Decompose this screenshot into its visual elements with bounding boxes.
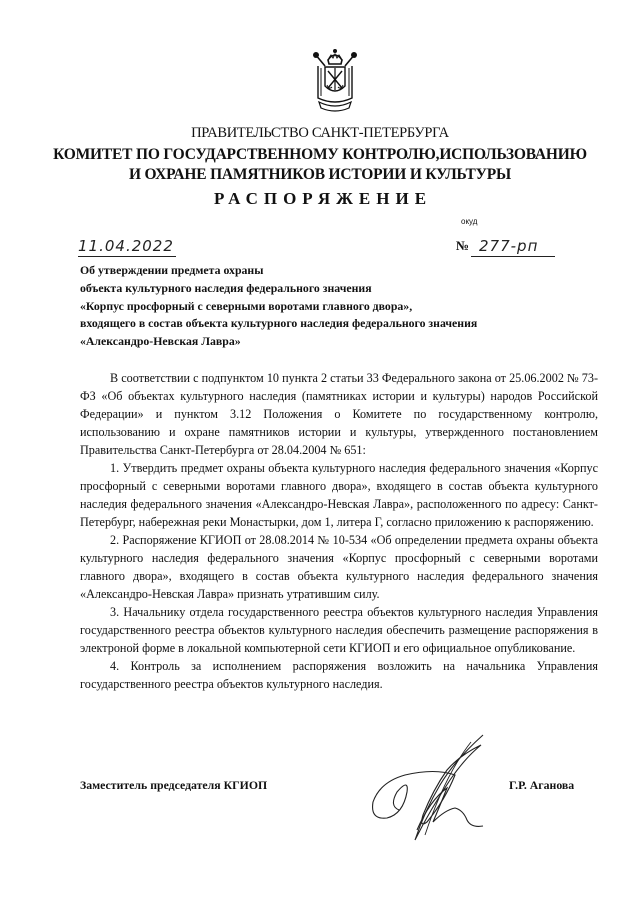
document-number-value: 277-рп: [471, 237, 538, 255]
signer-position: Заместитель председателя КГИОП: [80, 778, 267, 793]
clause-3: 3. Начальнику отдела государственного ре…: [80, 603, 598, 657]
document-date: 11.04.2022: [78, 236, 176, 257]
title-line: объекта культурного наследия федеральног…: [80, 280, 560, 298]
handwritten-signature-icon: [355, 730, 505, 855]
government-name: ПРАВИТЕЛЬСТВО САНКТ-ПЕТЕРБУРГА: [0, 125, 640, 142]
title-line: входящего в состав объекта культурного н…: [80, 315, 560, 333]
signer-name: Г.Р. Аганова: [509, 778, 574, 793]
title-line: «Корпус просфорный с северными воротами …: [80, 298, 560, 316]
committee-name-line-2: И ОХРАНЕ ПАМЯТНИКОВ ИСТОРИИ И КУЛЬТУРЫ: [0, 166, 640, 184]
clause-2: 2. Распоряжение КГИОП от 28.08.2014 № 10…: [80, 531, 598, 603]
document-body: В соответствии с подпунктом 10 пункта 2 …: [80, 369, 598, 693]
clause-1: 1. Утвердить предмет охраны объекта куль…: [80, 459, 598, 531]
coat-of-arms-icon: [311, 46, 359, 112]
document-number: 277-рп: [471, 236, 555, 257]
number-sign-label: №: [456, 238, 469, 254]
clause-4: 4. Контроль за исполнением распоряжения …: [80, 657, 598, 693]
document-type-heading: РАСПОРЯЖЕНИЕ: [0, 189, 640, 209]
title-line: «Александро-Невская Лавра»: [80, 333, 560, 351]
document-title: Об утверждении предмета охраны объекта к…: [80, 262, 560, 351]
committee-name-line-1: КОМИТЕТ ПО ГОСУДАРСТВЕННОМУ КОНТРОЛЮ,ИСП…: [0, 146, 640, 164]
title-line: Об утверждении предмета охраны: [80, 262, 560, 280]
okud-label: окуд: [461, 217, 477, 226]
preamble-paragraph: В соответствии с подпунктом 10 пункта 2 …: [80, 369, 598, 459]
